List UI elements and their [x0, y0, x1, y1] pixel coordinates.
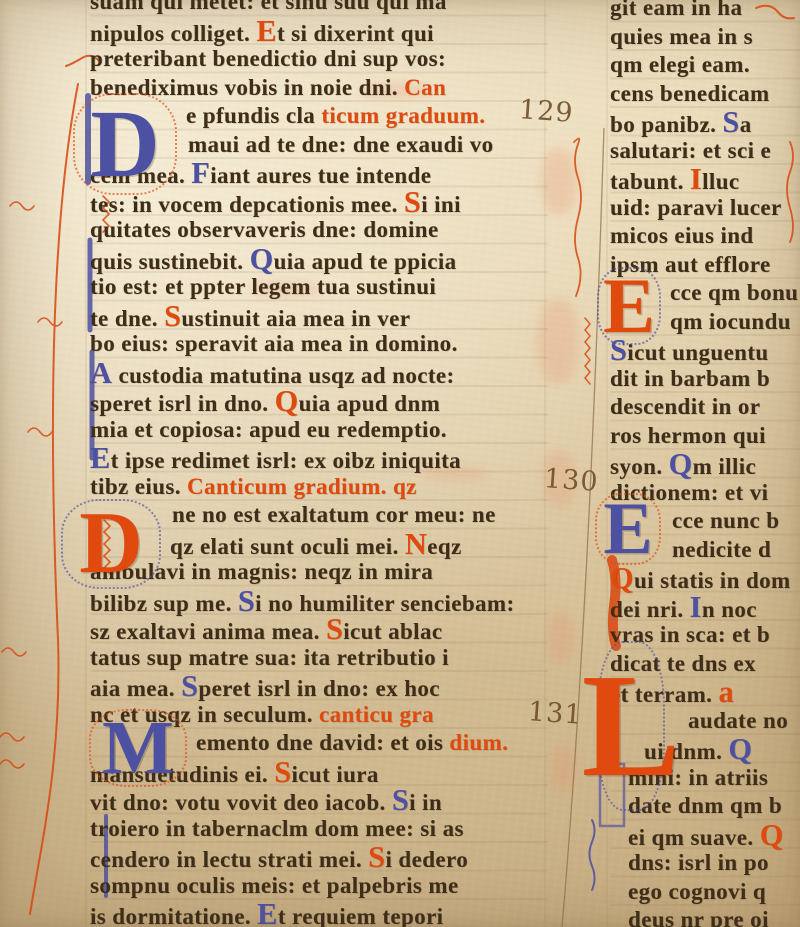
- text-segment: icut unguentu: [627, 340, 768, 365]
- text-segment: nipulos colliget.: [90, 21, 256, 46]
- text-line: quies mea in s: [610, 23, 800, 52]
- text-segment: i no humiliter senciebam:: [255, 591, 514, 616]
- versal-initial-blue: I: [690, 590, 702, 624]
- text-line: speret isrl in dno. Quia apud dnm: [90, 387, 548, 416]
- text-segment: dit in barbam b: [610, 366, 770, 391]
- text-segment: cens benedicam: [610, 81, 770, 106]
- versal-initial-blue: F: [191, 156, 210, 190]
- text-segment: tabunt.: [610, 169, 690, 194]
- text-segment: ego cognovi q: [628, 879, 766, 904]
- text-line: tabunt. Illuc: [610, 165, 800, 194]
- text-line: audate no: [610, 707, 800, 736]
- text-segment: descendit in or: [610, 394, 760, 419]
- text-line: mia et copiosa: apud eu redemptio.: [90, 416, 548, 445]
- text-line: benediximus vobis in noie dni. Can: [90, 74, 548, 103]
- versal-initial-red: a: [718, 675, 734, 709]
- text-segment: maui ad te dne: dne exaudi vo: [188, 132, 494, 157]
- text-line: cens benedicam: [610, 80, 800, 109]
- text-segment: iant aures tue intende: [210, 163, 431, 188]
- text-segment: icut iura: [292, 762, 379, 787]
- text-segment: ui statis in dom: [634, 568, 791, 593]
- text-segment: ui dnm.: [644, 739, 728, 764]
- text-segment: dns: isrl in po: [628, 850, 769, 875]
- text-segment: sompnu oculis meis: et palpebris me: [90, 873, 459, 898]
- text-segment: mia et copiosa: apud eu redemptio.: [90, 417, 447, 442]
- text-segment: micos eius ind: [610, 223, 754, 248]
- text-segment: cem mea.: [90, 163, 191, 188]
- rubric-segment: ticum graduum.: [321, 103, 485, 128]
- text-line: dei nri. In noc: [610, 593, 800, 622]
- text-segment: bo panibz.: [610, 112, 722, 137]
- text-line: git eam in ha: [610, 0, 800, 23]
- text-line: ipsm aut efflore: [610, 251, 800, 280]
- text-segment: qz elati sunt oculi mei.: [170, 534, 405, 559]
- text-line: bo eius: speravit aia mea in domino.: [90, 330, 548, 359]
- text-segment: deus nr pre oi: [628, 907, 769, 927]
- text-segment: n noc: [702, 597, 757, 622]
- text-line: Qui statis in dom: [610, 564, 800, 593]
- text-line: emento dne david: et ois dium.: [90, 729, 548, 758]
- text-segment: audate no: [688, 708, 788, 733]
- text-line: troiero in tabernaclm dom mee: si as: [90, 815, 548, 844]
- text-segment: benediximus vobis in noie dni.: [90, 75, 404, 100]
- text-segment: vras in sca: et b: [610, 622, 770, 647]
- text-line: cem mea. Fiant aures tue intende: [90, 159, 548, 188]
- offset-stain: [548, 612, 574, 664]
- text-segment: ustinuit aia mea in ver: [181, 306, 410, 331]
- text-line: sompnu oculis meis: et palpebris me: [90, 872, 548, 901]
- text-line: te dne. Sustinuit aia mea in ver: [90, 302, 548, 331]
- versal-initial-red: Q: [760, 818, 784, 852]
- text-line: mini: in atriis: [610, 764, 800, 793]
- text-line: syon. Qm illic: [610, 450, 800, 479]
- versal-initial-red: E: [256, 14, 277, 48]
- text-line: vras in sca: et b: [610, 621, 800, 650]
- text-segment: mansuetudinis ei.: [90, 762, 274, 787]
- text-segment: dicat te dns ex: [610, 651, 756, 676]
- text-line: bo panibz. Sa: [610, 108, 800, 137]
- versal-initial-red: S: [274, 755, 291, 789]
- versal-initial-blue: S: [238, 584, 255, 618]
- text-line: cce qm bonu: [610, 279, 800, 308]
- text-line: micos eius ind: [610, 222, 800, 251]
- text-line: date dnm qm b: [610, 792, 800, 821]
- text-segment: tatus sup matre sua: ita retributio i: [90, 645, 449, 670]
- psalm-number-130: 130: [543, 463, 600, 498]
- text-segment: nedicite d: [672, 537, 771, 562]
- text-segment: vit dno: votu vovit deo iacob.: [90, 790, 392, 815]
- text-line: suam qui metet: et sinu suu qui ma: [90, 0, 548, 17]
- text-segment: te dne.: [90, 306, 164, 331]
- text-segment: ambulavi in magnis: neqz in mira: [90, 559, 433, 584]
- manuscript-page: suam qui metet: et sinu suu qui manipulo…: [0, 0, 800, 927]
- text-line: dit in barbam b: [610, 365, 800, 394]
- text-line: vit dno: votu vovit deo iacob. Si in: [90, 786, 548, 815]
- text-segment: dictionem: et vi: [610, 480, 768, 505]
- text-segment: salutari: et sci e: [610, 138, 771, 163]
- rubric-segment: Canticum gradium. qz: [187, 474, 417, 499]
- text-segment: t si dixerint qui: [277, 21, 434, 46]
- psalm-number-131: 131: [527, 696, 584, 731]
- versal-initial-red: N: [405, 527, 427, 561]
- versal-initial-red: Q: [275, 384, 299, 418]
- text-segment: tio est: et ppter legem tua sustinui: [90, 274, 436, 299]
- versal-initial-blue: S: [610, 333, 627, 367]
- text-line: mansuetudinis ei. Sicut iura: [90, 758, 548, 787]
- text-segment: is dormitatione.: [90, 904, 257, 927]
- text-line: ui dnm. Q: [610, 735, 800, 764]
- text-segment: cce nunc b: [672, 508, 780, 533]
- text-line: nedicite d: [610, 536, 800, 565]
- text-segment: tibz eius.: [90, 474, 187, 499]
- text-segment: emento dne david: et ois: [196, 730, 449, 755]
- text-segment: quitates observaveris dne: domine: [90, 217, 439, 242]
- text-line: et terram. a: [610, 678, 800, 707]
- rubric-segment: canticu gra: [319, 702, 434, 727]
- text-segment: uid: paravi lucer: [610, 195, 782, 220]
- text-line: ego cognovi q: [610, 878, 800, 907]
- text-line: deus nr pre oi: [610, 906, 800, 927]
- text-segment: qm elegi eam.: [610, 52, 750, 77]
- text-segment: m illic: [693, 454, 756, 479]
- text-segment: bo eius: speravit aia mea in domino.: [90, 331, 458, 356]
- text-segment: speret isrl in dno.: [90, 391, 275, 416]
- versal-initial-red: S: [164, 299, 181, 333]
- text-segment: troiero in tabernaclm dom mee: si as: [90, 816, 464, 841]
- versal-initial-blue: S: [181, 669, 198, 703]
- text-segment: ne no est exaltatum cor meu: ne: [172, 502, 496, 527]
- text-segment: icut ablac: [343, 619, 442, 644]
- text-line: preteribant benedictio dni sup vos:: [90, 45, 548, 74]
- text-segment: quies mea in s: [610, 24, 753, 49]
- versal-initial-blue: Q: [669, 447, 693, 481]
- text-line: e pfundis cla ticum graduum.: [90, 102, 548, 131]
- text-segment: quis sustinebit.: [90, 249, 250, 274]
- versal-initial-red: I: [690, 162, 702, 196]
- text-line: descendit in or: [610, 393, 800, 422]
- text-segment: t requiem tepori: [278, 904, 444, 927]
- text-segment: e pfundis cla: [186, 103, 321, 128]
- text-line: ambulavi in magnis: neqz in mira: [90, 558, 548, 587]
- text-line: is dormitatione. Et requiem tepori: [90, 900, 548, 927]
- text-segment: ros hermon qui: [610, 423, 766, 448]
- text-segment: sz exaltavi anima mea.: [90, 619, 326, 644]
- text-segment: peret isrl in dno: ex hoc: [198, 676, 439, 701]
- text-line: sz exaltavi anima mea. Sicut ablac: [90, 615, 548, 644]
- text-segment: lluc: [702, 169, 739, 194]
- left-text-column: suam qui metet: et sinu suu qui manipulo…: [90, 0, 548, 927]
- text-segment: bilibz sup me.: [90, 591, 238, 616]
- versal-initial-red: S: [368, 840, 385, 874]
- versal-initial-red: S: [404, 185, 421, 219]
- versal-initial-blue: A: [90, 356, 112, 390]
- text-segment: syon.: [610, 454, 669, 479]
- text-segment: a: [740, 112, 752, 137]
- text-segment: tes: in vocem depcationis mee.: [90, 192, 404, 217]
- text-segment: cendero in lectu strati mei.: [90, 847, 368, 872]
- text-segment: ei qm suave.: [628, 825, 760, 850]
- text-line: qm iocundu: [610, 308, 800, 337]
- text-line: dicat te dns ex: [610, 650, 800, 679]
- rubric-segment: dium.: [449, 730, 508, 755]
- text-segment: git eam in ha: [610, 0, 742, 20]
- text-line: ne no est exaltatum cor meu: ne: [90, 501, 548, 530]
- text-line: dns: isrl in po: [610, 849, 800, 878]
- text-line: tatus sup matre sua: ita retributio i: [90, 644, 548, 673]
- text-line: maui ad te dne: dne exaudi vo: [90, 131, 548, 160]
- right-text-column: git eam in haquies mea in sqm elegi eam.…: [610, 0, 800, 927]
- versal-initial-blue: Q: [728, 732, 752, 766]
- psalm-number-129: 129: [518, 94, 575, 129]
- text-segment: dei nri.: [610, 597, 690, 622]
- text-line: A custodia matutina usqz ad nocte:: [90, 359, 548, 388]
- text-segment: i dedero: [385, 847, 468, 872]
- text-segment: nc et usqz in seculum.: [90, 702, 319, 727]
- text-segment: cce qm bonu: [670, 280, 798, 305]
- versal-initial-blue: S: [722, 105, 739, 139]
- text-line: aia mea. Speret isrl in dno: ex hoc: [90, 672, 548, 701]
- text-line: nc et usqz in seculum. canticu gra: [90, 701, 548, 730]
- versal-initial-red: S: [326, 612, 343, 646]
- text-segment: i in: [409, 790, 442, 815]
- text-line: dictionem: et vi: [610, 479, 800, 508]
- versal-initial-blue: E: [90, 441, 111, 475]
- rubric-segment: Can: [404, 75, 446, 100]
- text-segment: mini: in atriis: [628, 765, 768, 790]
- text-segment: et terram.: [610, 682, 718, 707]
- text-line: cce nunc b: [610, 507, 800, 536]
- text-line: tio est: et ppter legem tua sustinui: [90, 273, 548, 302]
- text-line: tes: in vocem depcationis mee. Si ini: [90, 188, 548, 217]
- text-line: qm elegi eam.: [610, 51, 800, 80]
- text-line: uid: paravi lucer: [610, 194, 800, 223]
- text-segment: ipsm aut efflore: [610, 252, 771, 277]
- text-segment: qm iocundu: [670, 309, 791, 334]
- text-line: quis sustinebit. Quia apud te ppicia: [90, 245, 548, 274]
- text-line: bilibz sup me. Si no humiliter senciebam…: [90, 587, 548, 616]
- text-segment: uia apud te ppicia: [274, 249, 457, 274]
- text-segment: preteribant benedictio dni sup vos:: [90, 46, 446, 71]
- text-segment: i ini: [421, 192, 461, 217]
- text-segment: uia apud dnm: [299, 391, 441, 416]
- versal-initial-red: Q: [610, 561, 634, 595]
- text-segment: date dnm qm b: [628, 793, 782, 818]
- text-line: ros hermon qui: [610, 422, 800, 451]
- versal-initial-blue: S: [392, 783, 409, 817]
- offset-stain: [552, 745, 576, 791]
- text-line: Et ipse redimet isrl: ex oibz iniquita: [90, 444, 548, 473]
- text-segment: suam qui metet: et sinu suu qui ma: [90, 0, 447, 14]
- versal-initial-blue: Q: [250, 242, 274, 276]
- text-line: tibz eius. Canticum gradium. qz: [90, 473, 548, 502]
- text-line: salutari: et sci e: [610, 137, 800, 166]
- text-line: nipulos colliget. Et si dixerint qui: [90, 17, 548, 46]
- text-line: qz elati sunt oculi mei. Neqz: [90, 530, 548, 559]
- text-segment: eqz: [427, 534, 461, 559]
- text-line: Sicut unguentu: [610, 336, 800, 365]
- text-line: cendero in lectu strati mei. Si dedero: [90, 843, 548, 872]
- text-segment: aia mea.: [90, 676, 181, 701]
- text-line: quitates observaveris dne: domine: [90, 216, 548, 245]
- versal-initial-blue: E: [257, 897, 278, 927]
- text-line: ei qm suave. Q: [610, 821, 800, 850]
- text-segment: t ipse redimet isrl: ex oibz iniquita: [111, 448, 461, 473]
